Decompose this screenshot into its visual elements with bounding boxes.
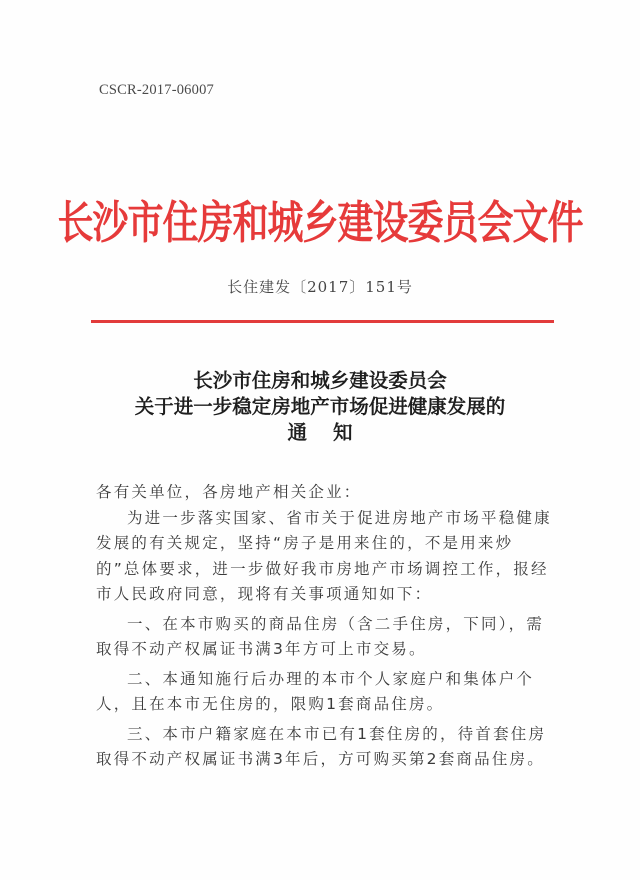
bleed-through-text bbox=[250, 86, 263, 102]
notice-body: 各有关单位，各房地产相关企业： 为进一步落实国家、省市关于促进房地产市场平稳健康… bbox=[96, 480, 556, 773]
document-id: CSCR-2017-06007 bbox=[99, 82, 214, 99]
notice-title-line-1: 长沙市住房和城乡建设委员会 bbox=[0, 368, 640, 394]
clause-1: 一、在本市购买的商品住房（含二手住房，下同），需取得不动产权属证书满3年方可上市… bbox=[96, 612, 556, 663]
intro-paragraph: 为进一步落实国家、省市关于促进房地产市场平稳健康发展的有关规定，坚持“房子是用来… bbox=[96, 506, 556, 608]
salutation: 各有关单位，各房地产相关企业： bbox=[96, 480, 556, 506]
clause-3: 三、本市户籍家庭在本市已有1套住房的，待首套住房取得不动产权属证书满3年后，方可… bbox=[96, 722, 556, 773]
document-page: CSCR-2017-06007 长沙市住房和城乡建设委员会文件 长住建发〔201… bbox=[0, 0, 640, 880]
document-number: 长住建发〔2017〕151号 bbox=[0, 276, 640, 297]
clause-2: 二、本通知施行后办理的本市个人家庭户和集体户个人，且在本市无住房的，限购1套商品… bbox=[96, 667, 556, 718]
issuing-authority-header: 长沙市住房和城乡建设委员会文件 bbox=[0, 188, 640, 252]
red-divider-line bbox=[91, 320, 554, 323]
notice-title-line-2: 关于进一步稳定房地产市场促进健康发展的 bbox=[0, 394, 640, 420]
notice-title-line-3: 通知 bbox=[0, 420, 640, 446]
notice-title: 长沙市住房和城乡建设委员会 关于进一步稳定房地产市场促进健康发展的 通知 bbox=[0, 368, 640, 446]
